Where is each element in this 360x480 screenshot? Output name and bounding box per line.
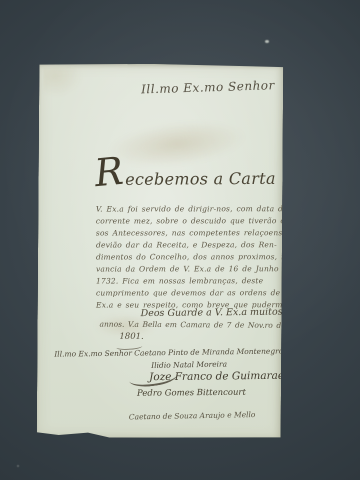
foxing-spot — [43, 67, 83, 97]
manuscript-page: Ill.mo Ex.mo Senhor Recebemos a Carta qu… — [37, 63, 284, 439]
opening-text: ecebemos a Carta que — [125, 169, 312, 189]
photograph-background: Ill.mo Ex.mo Senhor Recebemos a Carta qu… — [0, 0, 360, 480]
body-line: devião dar da Receita, e Despeza, dos Re… — [96, 239, 320, 251]
body-line: cumprimento que devemos dar as ordens de… — [96, 287, 320, 299]
body-line: 1732. Fica em nossas lembranças, deste — [96, 275, 320, 287]
body-paragraph: V. Ex.a foi servido de dirigir-nos, com … — [96, 203, 320, 311]
addressee-line: Ill.mo Ex.mo Senhor Caetano Pinto de Mir… — [54, 346, 283, 358]
body-line: vancia da Ordem de V. Ex.a de 16 de Junh… — [96, 263, 320, 275]
salutation: Ill.mo Ex.mo Senhor — [141, 78, 275, 96]
calligraphic-initial: R — [93, 156, 124, 189]
body-line: sos Antecessores, nas competentes relaço… — [96, 227, 320, 239]
signature: Caetano de Souza Araujo e Mello — [129, 410, 256, 421]
dateline: annos. V.a Bella em Camara de 7 de Nov.r… — [99, 320, 285, 330]
dust-speck — [265, 40, 269, 43]
signature: Pedro Gomes Bittencourt — [137, 388, 246, 399]
body-line: V. Ex.a foi servido de dirigir-nos, com … — [96, 203, 320, 215]
signature: Joze Franco de Guimaraens — [149, 370, 296, 384]
body-line: dimentos do Concelho, dos annos proximos… — [96, 251, 320, 263]
opening-line: Recebemos a Carta que — [94, 156, 312, 190]
dust-speck — [17, 465, 19, 467]
body-line: corrente mez, sobre o descuido que tiver… — [96, 215, 320, 227]
year: 1801. — [119, 332, 143, 342]
valediction-line: Deos Guarde a V. Ex.a muitos — [141, 307, 283, 319]
